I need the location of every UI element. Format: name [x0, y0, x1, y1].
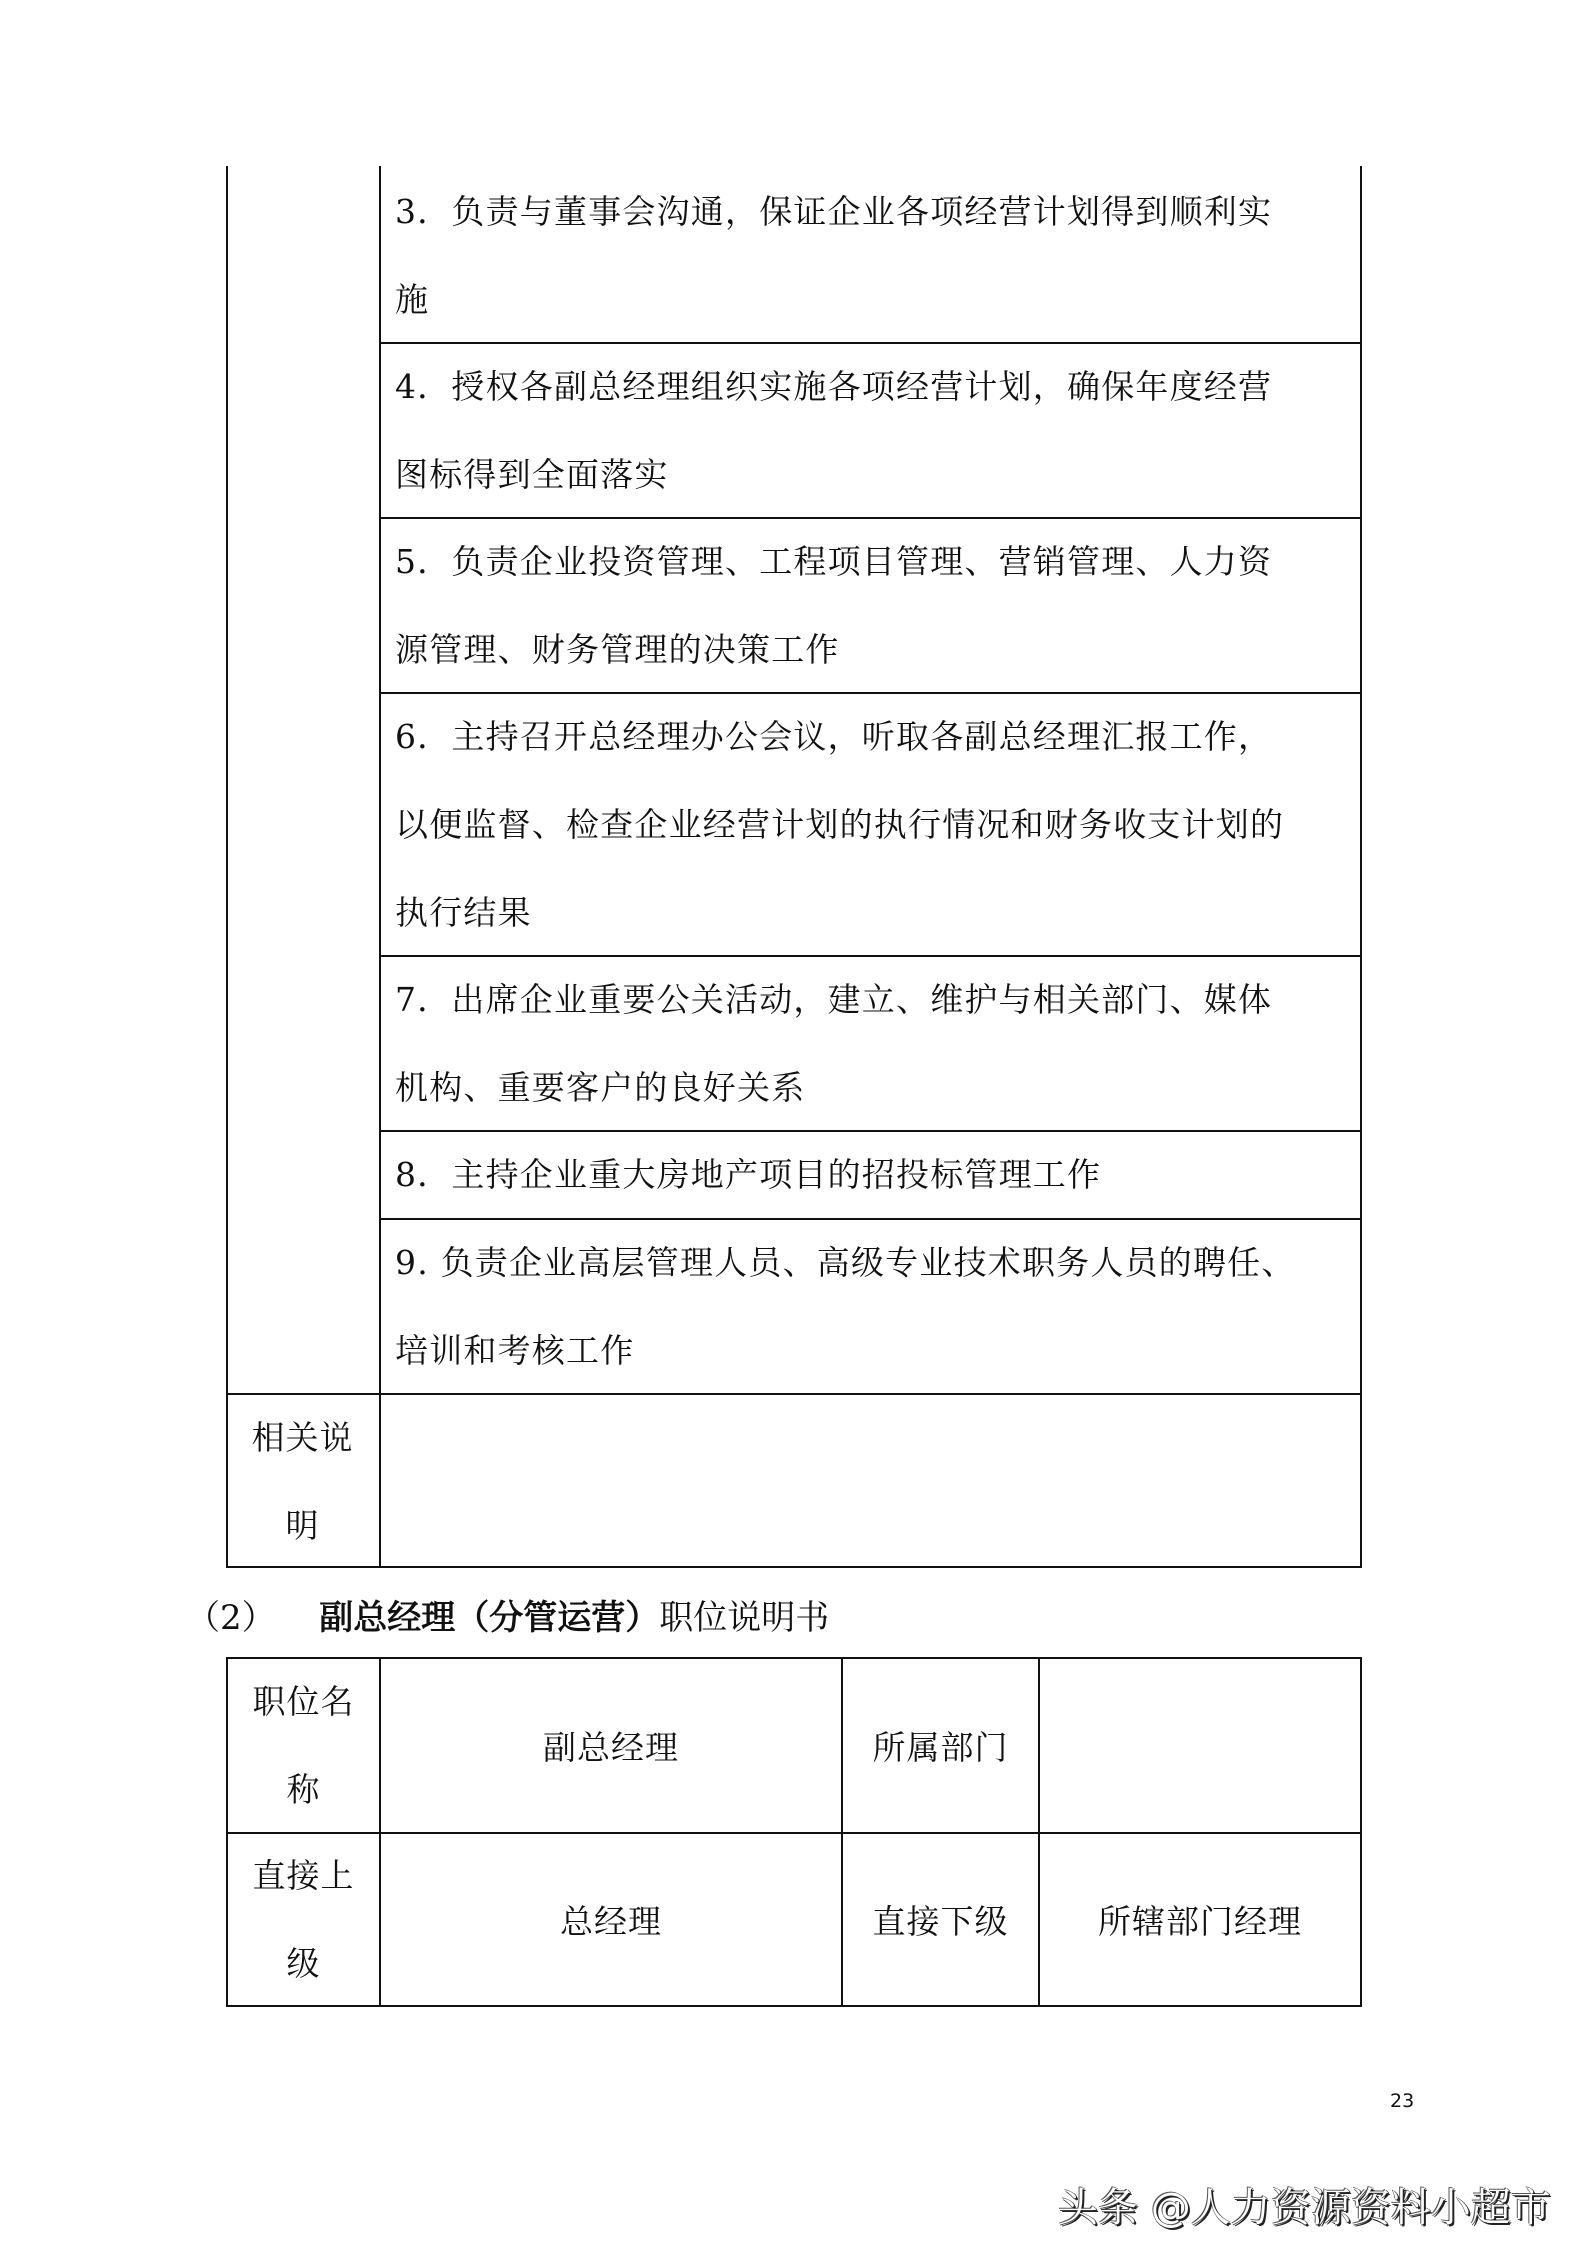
duty-line: 以便监督、检查企业经营计划的执行情况和财务收支计划的	[395, 781, 1348, 869]
notes-value	[381, 1394, 1362, 1566]
notes-label-line: 明	[226, 1482, 379, 1570]
direct-superior-label: 直接上 级	[228, 1834, 379, 2005]
department-value	[1040, 1659, 1360, 1832]
notes-label-line: 相关说	[226, 1394, 379, 1482]
section-number: （2）	[186, 1598, 276, 1638]
page-number: 23	[1390, 2090, 1414, 2112]
duty-line: 7．出席企业重要公关活动，建立、维护与相关部门、媒体	[395, 956, 1348, 1044]
duty-item-3: 3．负责与董事会沟通，保证企业各项经营计划得到顺利实 施	[381, 168, 1362, 342]
duty-line: 施	[395, 256, 1348, 344]
department-label: 所属部门	[843, 1659, 1038, 1832]
table-border-left	[226, 166, 228, 1568]
direct-superior-value: 总经理	[381, 1834, 841, 2005]
duty-item-4: 4．授权各副总经理组织实施各项经营计划，确保年度经营 图标得到全面落实	[381, 343, 1362, 517]
duty-item-5: 5．负责企业投资管理、工程项目管理、营销管理、人力资 源管理、财务管理的决策工作	[381, 518, 1362, 692]
duty-line: 3．负责与董事会沟通，保证企业各项经营计划得到顺利实	[395, 168, 1348, 256]
duty-line: 培训和考核工作	[395, 1307, 1348, 1395]
table-border-bottom	[226, 1566, 1362, 1568]
duty-line: 机构、重要客户的良好关系	[395, 1044, 1348, 1132]
duty-item-7: 7．出席企业重要公关活动，建立、维护与相关部门、媒体 机构、重要客户的良好关系	[381, 956, 1362, 1130]
direct-subordinate-label: 直接下级	[843, 1834, 1038, 2005]
duty-line: 源管理、财务管理的决策工作	[395, 606, 1348, 694]
notes-label: 相关说 明	[226, 1394, 379, 1566]
job-info-table: 职位名 称 副总经理 所属部门 直接上 级 总经理 直接下级 所辖部门经理	[226, 1657, 1362, 2007]
label-line: 职位名	[253, 1658, 355, 1746]
position-name-label: 职位名 称	[228, 1659, 379, 1832]
section-heading: （2） 副总经理（分管运营）职位说明书	[186, 1592, 829, 1644]
duty-line: 图标得到全面落实	[395, 431, 1348, 519]
duty-line: 执行结果	[395, 869, 1348, 957]
duty-item-9: 9. 负责企业高层管理人员、高级专业技术职务人员的聘任、 培训和考核工作	[381, 1219, 1362, 1393]
duty-line: 5．负责企业投资管理、工程项目管理、营销管理、人力资	[395, 518, 1348, 606]
label-line: 级	[253, 1920, 355, 2008]
duty-item-6: 6．主持召开总经理办公会议，听取各副总经理汇报工作， 以便监督、检查企业经营计划…	[381, 693, 1362, 955]
label-line: 称	[253, 1746, 355, 1834]
direct-subordinate-value: 所辖部门经理	[1040, 1834, 1360, 2005]
duty-line: 4．授权各副总经理组织实施各项经营计划，确保年度经营	[395, 343, 1348, 431]
duty-line: 9. 负责企业高层管理人员、高级专业技术职务人员的聘任、	[395, 1219, 1348, 1307]
label-line: 直接上	[253, 1832, 355, 1920]
duty-line: 6．主持召开总经理办公会议，听取各副总经理汇报工作，	[395, 693, 1348, 781]
job-duties-table: 3．负责与董事会沟通，保证企业各项经营计划得到顺利实 施 4．授权各副总经理组织…	[226, 166, 1362, 1568]
duty-item-8: 8．主持企业重大房地产项目的招投标管理工作	[381, 1131, 1362, 1218]
section-title-bold: 副总经理（分管运营）	[319, 1598, 659, 1638]
watermark: 头条 @人力资源资料小超市	[1058, 2176, 1551, 2233]
section-title-rest: 职位说明书	[659, 1598, 829, 1638]
position-name-value: 副总经理	[381, 1659, 841, 1832]
duty-line: 8．主持企业重大房地产项目的招投标管理工作	[395, 1131, 1348, 1219]
